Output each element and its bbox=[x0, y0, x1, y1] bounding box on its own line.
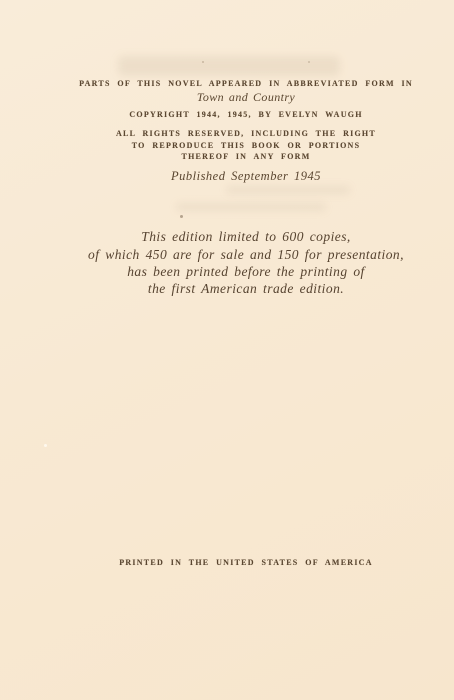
serial-source-title: Town and Country bbox=[38, 90, 454, 105]
limitation-notice-line-2: of which 450 are for sale and 150 for pr… bbox=[38, 247, 454, 263]
copyright-statement: COPYRIGHT 1944, 1945, BY EVELYN WAUGH bbox=[38, 110, 454, 119]
rights-reserved-line-2: TO REPRODUCE THIS BOOK OR PORTIONS bbox=[38, 141, 454, 150]
printed-text-block: PARTS OF THIS NOVEL APPEARED IN ABBREVIA… bbox=[38, 0, 454, 700]
rights-reserved-line-3: THEREOF IN ANY FORM bbox=[38, 152, 454, 161]
publication-date: Published September 1945 bbox=[38, 169, 454, 184]
serial-appearance-notice: PARTS OF THIS NOVEL APPEARED IN ABBREVIA… bbox=[38, 79, 454, 88]
rights-reserved-line-1: ALL RIGHTS RESERVED, INCLUDING THE RIGHT bbox=[38, 129, 454, 138]
printed-in-usa-statement: PRINTED IN THE UNITED STATES OF AMERICA bbox=[38, 558, 454, 567]
limitation-notice-line-4: the first American trade edition. bbox=[38, 281, 454, 297]
limitation-notice-line-3: has been printed before the printing of bbox=[38, 264, 454, 280]
book-copyright-page: PARTS OF THIS NOVEL APPEARED IN ABBREVIA… bbox=[0, 0, 454, 700]
limitation-notice-line-1: This edition limited to 600 copies, bbox=[38, 229, 454, 245]
